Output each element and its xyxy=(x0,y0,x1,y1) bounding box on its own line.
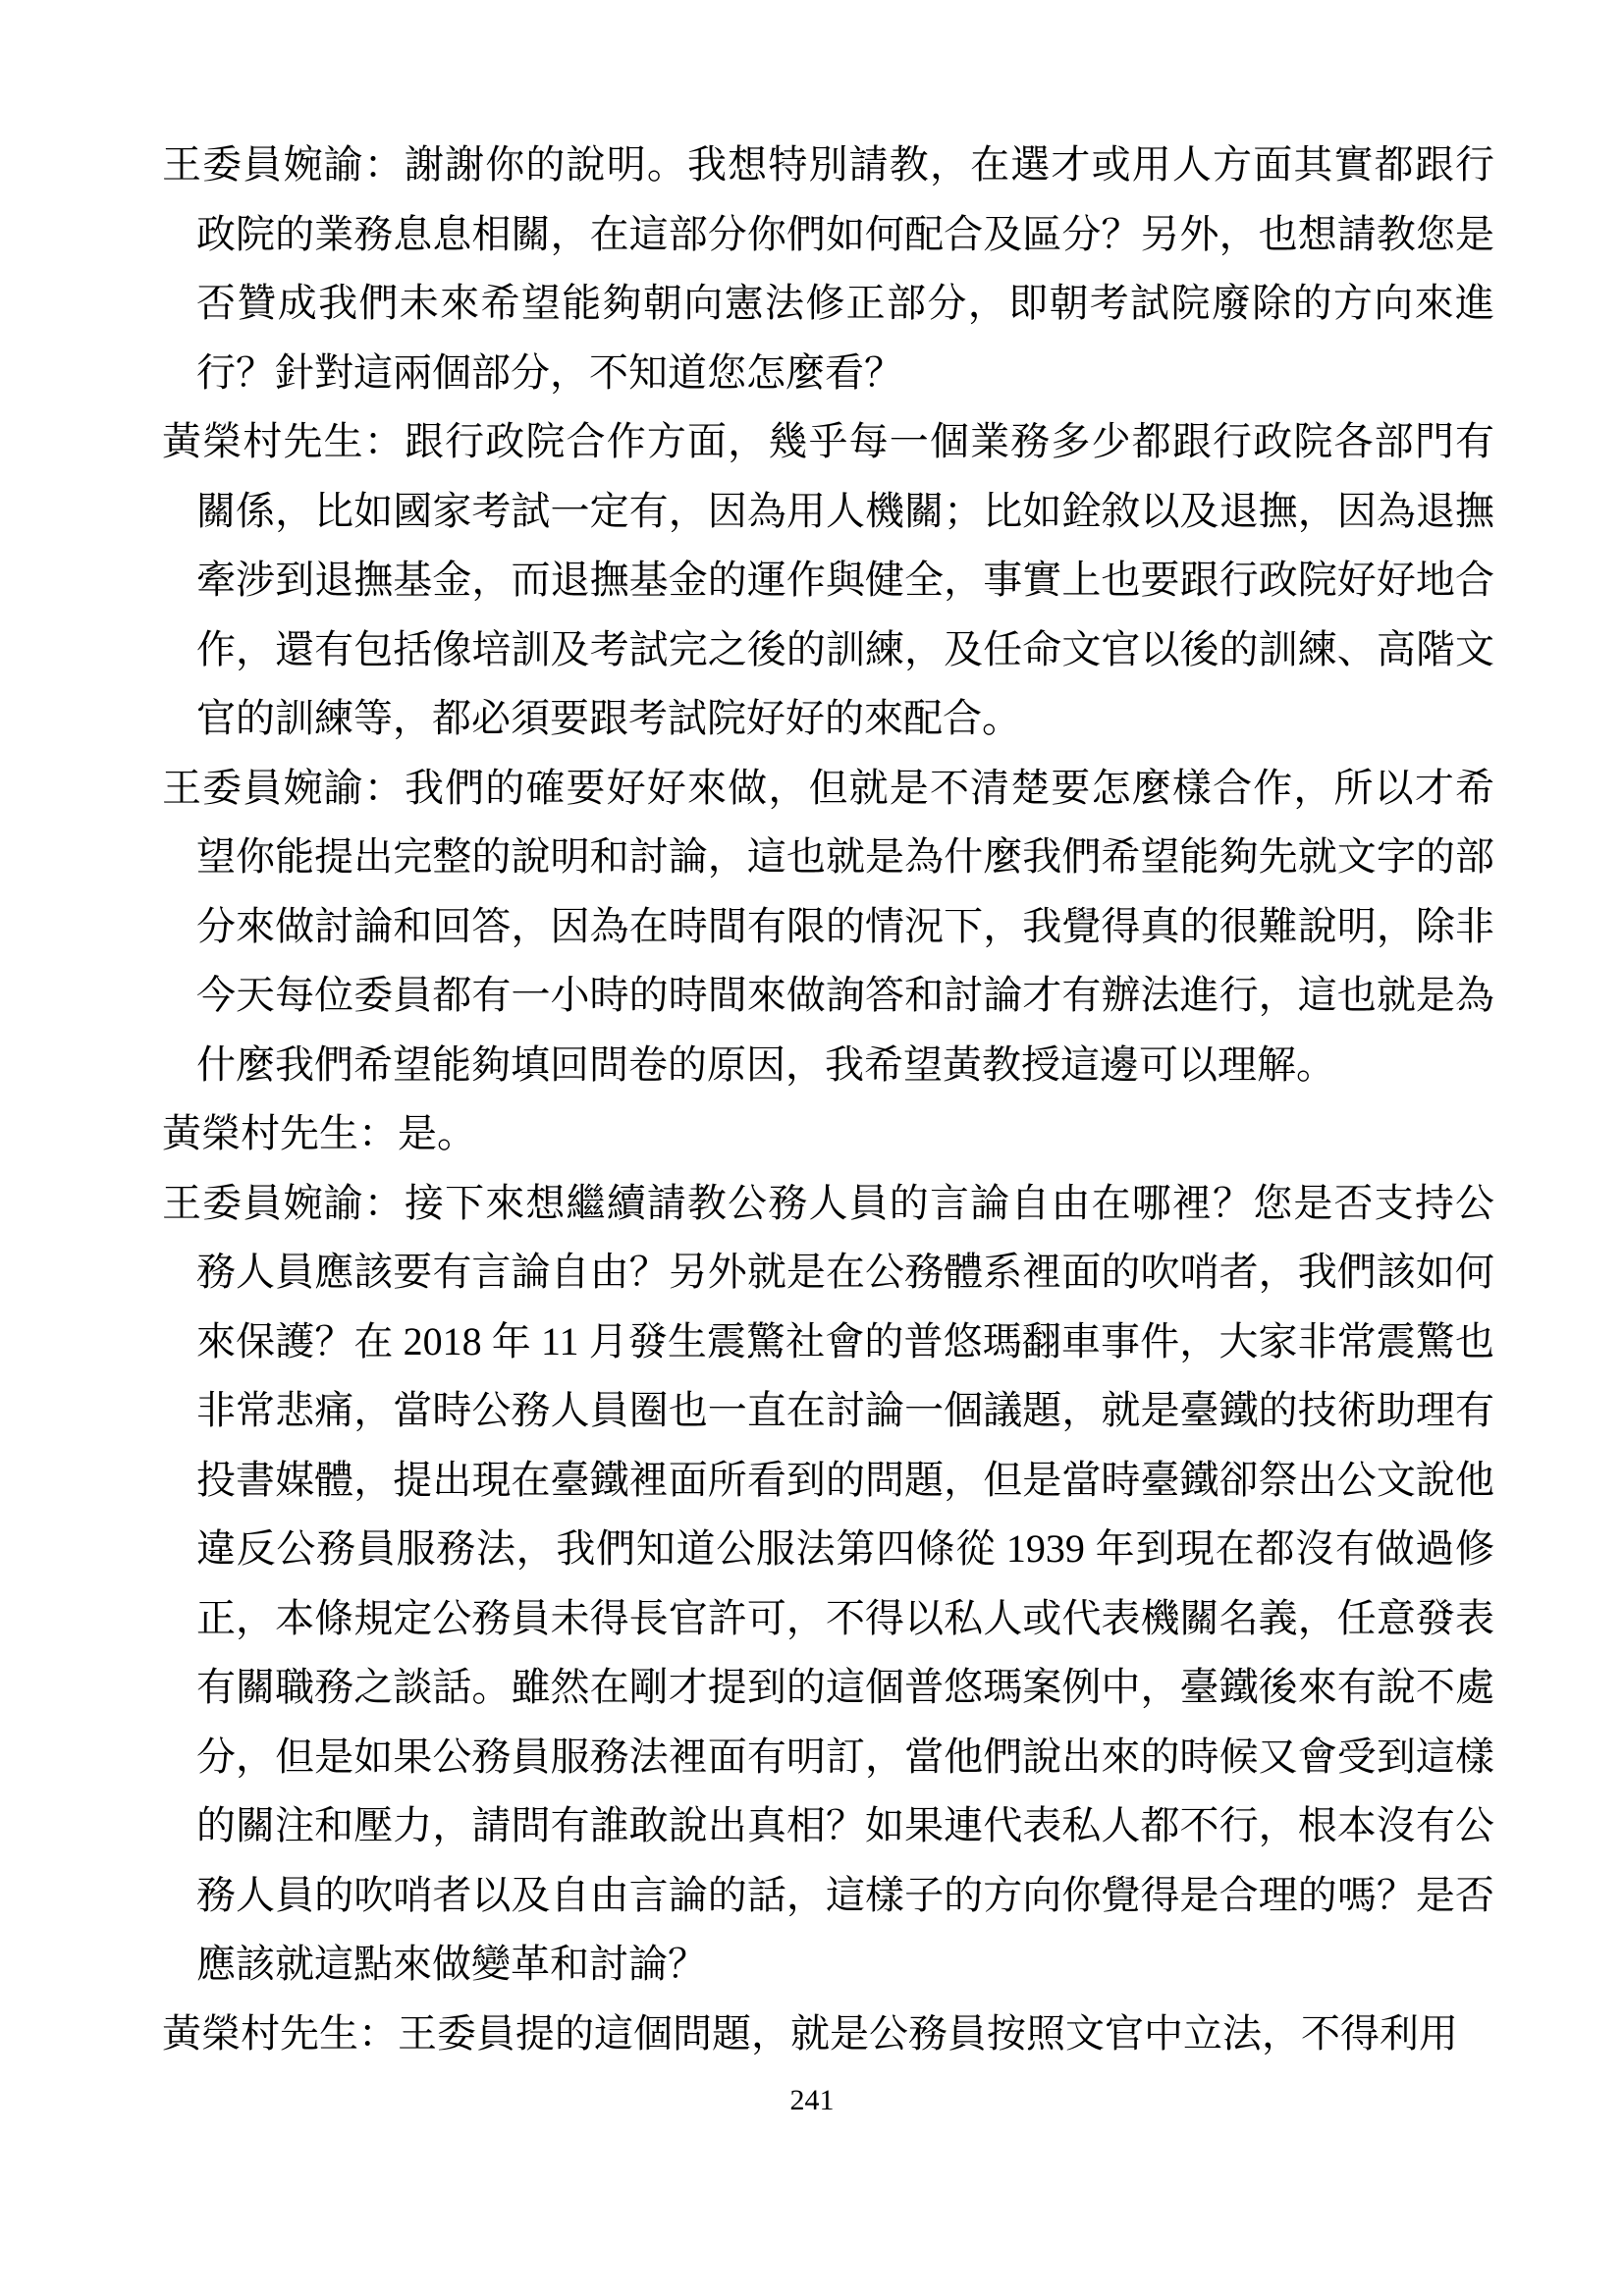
speaker-colon: ： xyxy=(364,419,405,463)
speaker-colon: ： xyxy=(358,1111,398,1155)
speaker-colon: ： xyxy=(364,142,405,187)
transcript-paragraph: 黃榮村先生：王委員提的這個問題，就是公務員按照文官中立法，不得利用 xyxy=(162,2000,1494,2069)
speaker-name: 王委員婉諭 xyxy=(162,142,364,187)
speech-text: 接下來想繼續請教公務人員的言論自由在哪裡？您是否支持公務人員應該要有言論自由？另… xyxy=(196,1181,1494,1987)
transcript-paragraph: 黃榮村先生：是。 xyxy=(162,1099,1494,1169)
transcript-body: 王委員婉諭：謝謝你的說明。我想特別請教，在選才或用人方面其實都跟行政院的業務息息… xyxy=(162,131,1494,2068)
speech-text: 我們的確要好好來做，但就是不清楚要怎麼樣合作，所以才希望你能提出完整的說明和討論… xyxy=(196,766,1494,1087)
speaker-colon: ： xyxy=(364,766,405,810)
speech-text: 是。 xyxy=(398,1111,476,1155)
speech-text: 王委員提的這個問題，就是公務員按照文官中立法，不得利用 xyxy=(398,2011,1458,2056)
speaker-name: 黃榮村先生 xyxy=(162,2011,358,2056)
speech-text: 跟行政院合作方面，幾乎每一個業務多少都跟行政院各部門有關係，比如國家考試一定有，… xyxy=(196,419,1494,740)
speaker-name: 黃榮村先生 xyxy=(162,1111,358,1155)
speaker-name: 王委員婉諭 xyxy=(162,766,364,810)
speaker-colon: ： xyxy=(358,2011,398,2056)
speaker-name: 黃榮村先生 xyxy=(162,419,364,463)
speaker-colon: ： xyxy=(364,1181,405,1225)
transcript-paragraph: 王委員婉諭：我們的確要好好來做，但就是不清楚要怎麼樣合作，所以才希望你能提出完整… xyxy=(162,754,1494,1100)
transcript-paragraph: 王委員婉諭：接下來想繼續請教公務人員的言論自由在哪裡？您是否支持公務人員應該要有… xyxy=(162,1169,1494,2000)
transcript-paragraph: 黃榮村先生：跟行政院合作方面，幾乎每一個業務多少都跟行政院各部門有關係，比如國家… xyxy=(162,407,1494,754)
page-number: 241 xyxy=(0,2083,1624,2118)
document-page: 王委員婉諭：謝謝你的說明。我想特別請教，在選才或用人方面其實都跟行政院的業務息息… xyxy=(0,0,1624,2296)
transcript-paragraph: 王委員婉諭：謝謝你的說明。我想特別請教，在選才或用人方面其實都跟行政院的業務息息… xyxy=(162,131,1494,407)
speaker-name: 王委員婉諭 xyxy=(162,1181,364,1225)
